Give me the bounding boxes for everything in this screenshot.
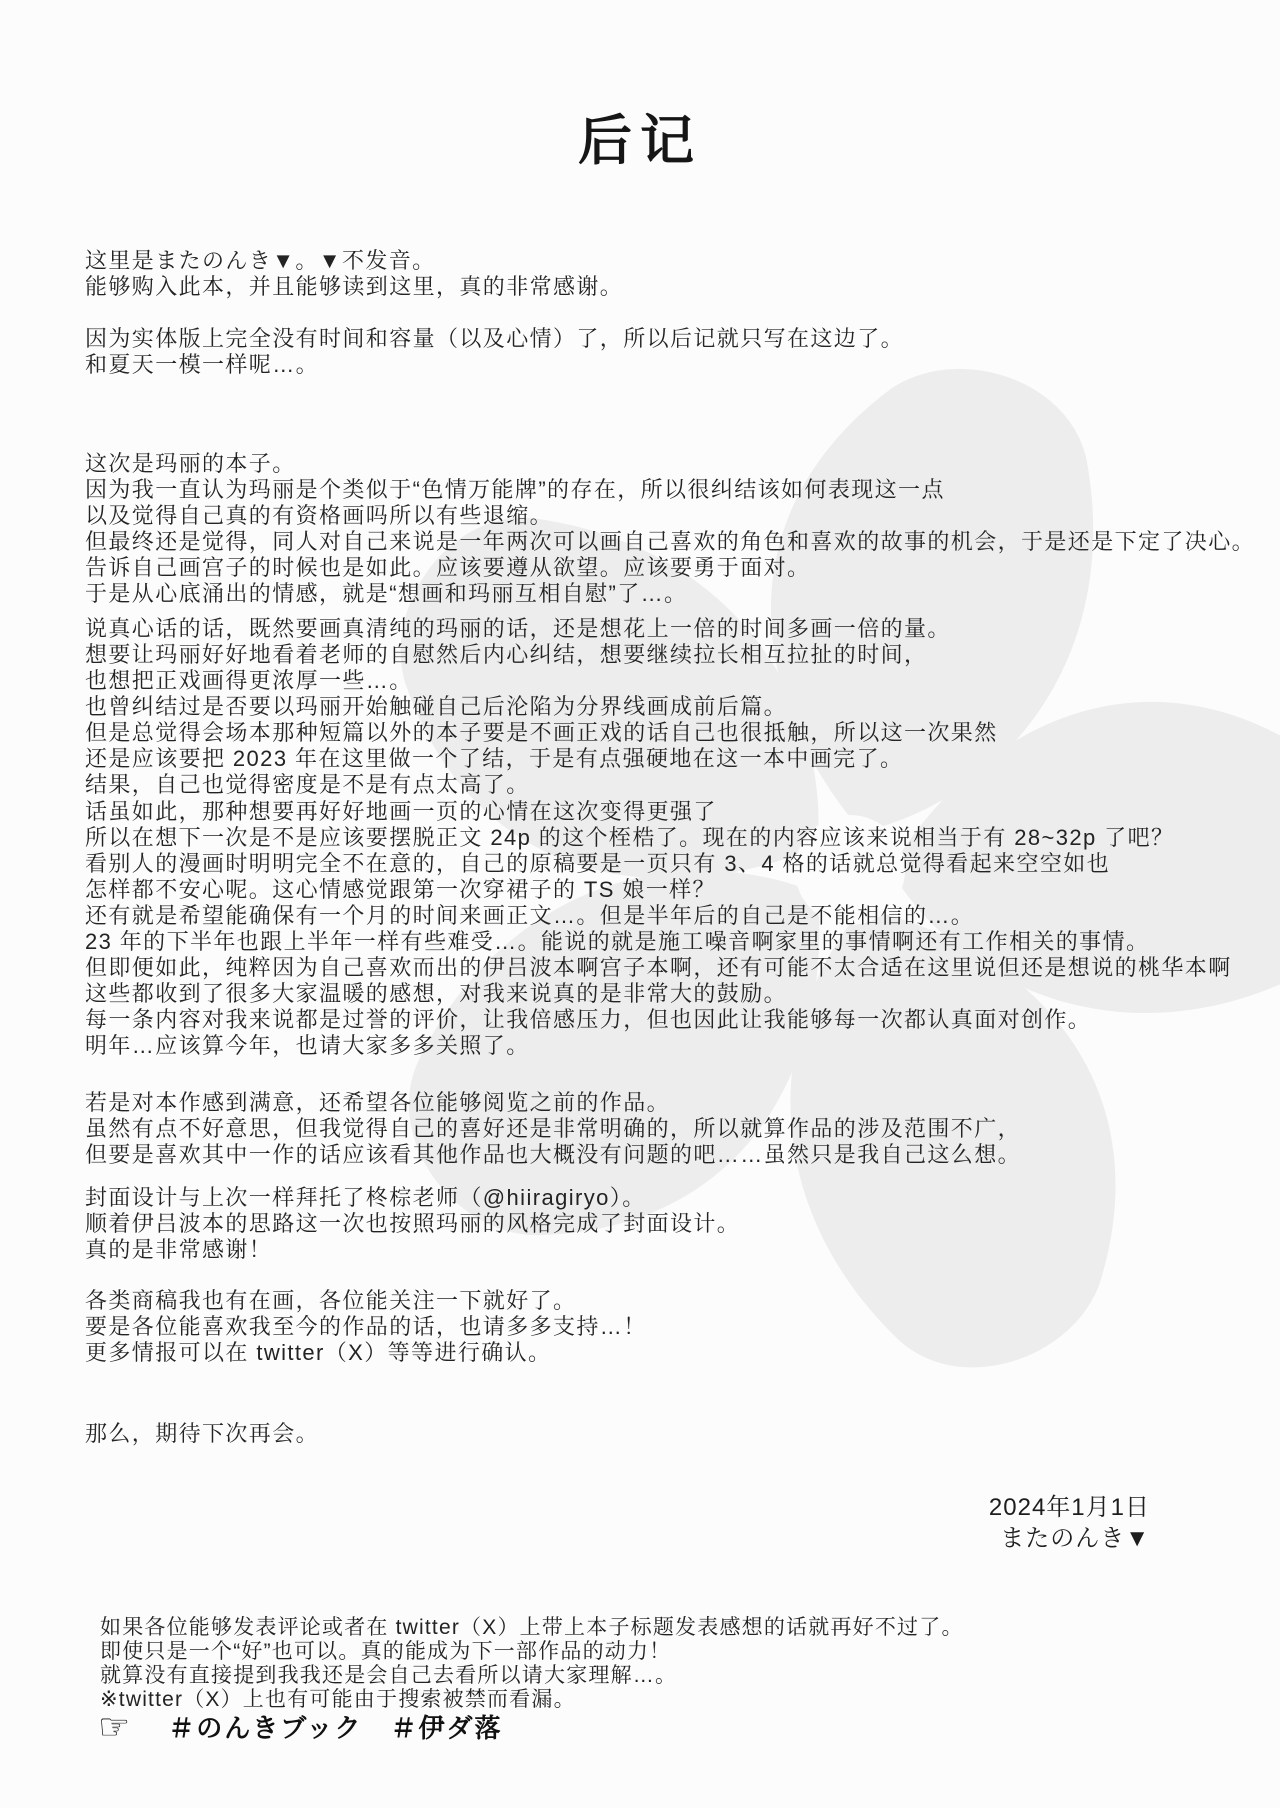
hashtag-text: ＃のんきブック ＃伊ダ落 xyxy=(168,1708,502,1745)
afterword-page: 后记 这里是またのんき▼。▼不发音。能够购入此本，并且能够读到这里，真的非常感谢… xyxy=(0,0,1280,1808)
page-title: 后记 xyxy=(0,98,1280,175)
text-line: 所以在想下一次是不是应该要摆脱正文 24p 的这个桎梏了。现在的内容应该来说相当… xyxy=(85,825,1260,851)
text-line: 虽然有点不好意思，但我觉得自己的喜好还是非常明确的，所以就算作品的涉及范围不广， xyxy=(85,1116,1260,1142)
paragraph-page-count: 话虽如此，那种想要再好好地画一页的心情在这次变得更强了所以在想下一次是不是应该要… xyxy=(85,799,1260,929)
text-line: 结果，自己也觉得密度是不是有点太高了。 xyxy=(85,772,1260,798)
text-line: 还是应该要把 2023 年在这里做一个了结，于是有点强硬地在这一本中画完了。 xyxy=(85,746,1260,772)
text-line: 和夏天一模一样呢…。 xyxy=(85,352,1260,378)
paragraph-cover-design: 封面设计与上次一样拜托了柊棕老师（@hiiragiryo）。顺着伊吕波本的思路这… xyxy=(85,1185,1260,1263)
footnotes-block: 如果各位能够发表评论或者在 twitter（X）上带上本子标题发表感想的话就再好… xyxy=(100,1616,1250,1712)
text-line: 各类商稿我也有在画，各位能关注一下就好了。 xyxy=(85,1288,1260,1314)
text-line: 因为我一直认为玛丽是个类似于“色情万能牌”的存在，所以很纠结该如何表现这一点 xyxy=(85,477,1260,503)
pointing-hand-icon: ☞ xyxy=(98,1709,130,1745)
text-line: 23 年的下半年也跟上半年一样有些难受…。能说的就是施工噪音啊家里的事情啊还有工… xyxy=(85,929,1260,955)
text-line: 但要是喜欢其中一作的话应该看其他作品也大概没有问题的吧……虽然只是我自己这么想。 xyxy=(85,1142,1260,1168)
text-line: 这次是玛丽的本子。 xyxy=(85,451,1260,477)
text-line: 怎样都不安心呢。这心情感觉跟第一次穿裙子的 TS 娘一样？ xyxy=(85,877,1260,903)
text-line: 想要让玛丽好好地看着老师的自慰然后内心纠结，想要继续拉长相互拉扯的时间， xyxy=(85,642,1260,668)
closing-line: 那么，期待下次再会。 xyxy=(85,1417,319,1448)
text-line: 也想把正戏画得更浓厚一些…。 xyxy=(85,668,1260,694)
text-line: 也曾纠结过是否要以玛丽开始触碰自己后沦陷为分界线画成前后篇。 xyxy=(85,694,1260,720)
paragraph-about-this-book: 这次是玛丽的本子。因为我一直认为玛丽是个类似于“色情万能牌”的存在，所以很纠结该… xyxy=(85,451,1260,607)
text-line: 即使只是一个“好”也可以。真的能成为下一部作品的动力！ xyxy=(100,1640,1250,1664)
text-line: 更多情报可以在 twitter（X）等等进行确认。 xyxy=(85,1340,1260,1366)
text-line: 但最终还是觉得，同人对自己来说是一年两次可以画自己喜欢的角色和喜欢的故事的机会，… xyxy=(85,529,1260,555)
signature-date: 2024年1月1日 xyxy=(989,1492,1150,1523)
text-line: 顺着伊吕波本的思路这一次也按照玛丽的风格完成了封面设计。 xyxy=(85,1211,1260,1237)
text-line: 若是对本作感到满意，还希望各位能够阅览之前的作品。 xyxy=(85,1090,1260,1116)
text-line: 以及觉得自己真的有资格画吗所以有些退缩。 xyxy=(85,503,1260,529)
text-line: 这些都收到了很多大家温暖的感想，对我来说真的是非常大的鼓励。 xyxy=(85,981,1260,1007)
text-line: 说真心话的话，既然要画真清纯的玛丽的话，还是想花上一倍的时间多画一倍的量。 xyxy=(85,616,1260,642)
text-line: 告诉自己画宫子的时候也是如此。应该要遵从欲望。应该要勇于面对。 xyxy=(85,555,1260,581)
paragraph-previous-works: 若是对本作感到满意，还希望各位能够阅览之前的作品。虽然有点不好意思，但我觉得自己… xyxy=(85,1090,1260,1168)
text-line: 每一条内容对我来说都是过誉的评价，让我倍感压力，但也因此让我能够每一次都认真面对… xyxy=(85,1007,1260,1033)
paragraph-commercial-works: 各类商稿我也有在画，各位能关注一下就好了。要是各位能喜欢我至今的作品的话，也请多… xyxy=(85,1288,1260,1366)
paragraph-honest-thoughts: 说真心话的话，既然要画真清纯的玛丽的话，还是想花上一倍的时间多画一倍的量。想要让… xyxy=(85,616,1260,798)
text-line: 能够购入此本，并且能够读到这里，真的非常感谢。 xyxy=(85,274,1260,300)
text-line: 要是各位能喜欢我至今的作品的话，也请多多支持…！ xyxy=(85,1314,1260,1340)
paragraph-physical-edition: 因为实体版上完全没有时间和容量（以及心情）了，所以后记就只写在这边了。和夏天一模… xyxy=(85,326,1260,378)
hashtag-row: ☞ ＃のんきブック ＃伊ダ落 xyxy=(98,1708,502,1745)
paragraph-greeting: 这里是またのんき▼。▼不发音。能够购入此本，并且能够读到这里，真的非常感谢。 xyxy=(85,248,1260,300)
text-line: 但即便如此，纯粹因为自己喜欢而出的伊吕波本啊宫子本啊，还有可能不太合适在这里说但… xyxy=(85,955,1260,981)
text-line: 因为实体版上完全没有时间和容量（以及心情）了，所以后记就只写在这边了。 xyxy=(85,326,1260,352)
text-line: 但是总觉得会场本那种短篇以外的本子要是不画正戏的话自己也很抵触，所以这一次果然 xyxy=(85,720,1260,746)
text-line: 真的是非常感谢！ xyxy=(85,1237,1260,1263)
text-line: 这里是またのんき▼。▼不发音。 xyxy=(85,248,1260,274)
text-line: 看别人的漫画时明明完全不在意的，自己的原稿要是一页只有 3、4 格的话就总觉得看… xyxy=(85,851,1260,877)
paragraph-year-review: 23 年的下半年也跟上半年一样有些难受…。能说的就是施工噪音啊家里的事情啊还有工… xyxy=(85,929,1260,1059)
signature-block: 2024年1月1日 またのんき▼ xyxy=(989,1492,1150,1554)
text-line: 明年…应该算今年，也请大家多多关照了。 xyxy=(85,1033,1260,1059)
text-line: 于是从心底涌出的情感，就是“想画和玛丽互相自慰”了…。 xyxy=(85,581,1260,607)
text-line: 如果各位能够发表评论或者在 twitter（X）上带上本子标题发表感想的话就再好… xyxy=(100,1616,1250,1640)
text-line: 话虽如此，那种想要再好好地画一页的心情在这次变得更强了 xyxy=(85,799,1260,825)
signature-name: またのんき▼ xyxy=(989,1523,1150,1554)
text-line: 还有就是希望能确保有一个月的时间来画正文…。但是半年后的自己是不能相信的…。 xyxy=(85,903,1260,929)
text-line: 封面设计与上次一样拜托了柊棕老师（@hiiragiryo）。 xyxy=(85,1185,1260,1211)
text-line: 就算没有直接提到我我还是会自己去看所以请大家理解…。 xyxy=(100,1664,1250,1688)
